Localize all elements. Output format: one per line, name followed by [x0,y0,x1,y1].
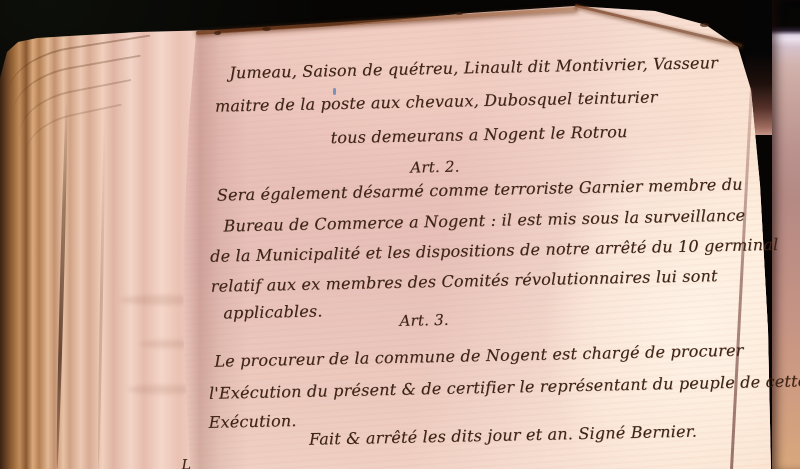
manuscript-photo-scene: Jumeau, Saison de quétreu, Linault dit M… [0,0,800,469]
manuscript-line-1: Jumeau, Saison de quétreu, Linault dit M… [229,53,718,82]
article-heading-3: Art. 3. [399,311,449,330]
manuscript-line-3: tous demeurans a Nogent le Rotrou [330,122,627,147]
manuscript-line-9: applicables. [223,301,323,322]
manuscript-line-6: Bureau de Commerce a Nogent : il est mis… [223,206,745,236]
dated-signature-line: Fait & arrêté les dits jour et an. Signé… [309,422,697,449]
cut-off-line-start: L [181,457,191,469]
manuscript-line-5: Sera également désarmé comme terroriste … [217,175,743,205]
manuscript-line-7: de la Municipalité et les dispositions d… [210,235,779,266]
manuscript-line-2: maitre de la poste aux chevaux, Dubosque… [215,87,658,115]
manuscript-line-11: Le procureur de la commune de Nogent est… [214,341,744,371]
article-heading-2: Art. 2. [410,158,460,177]
handwriting-layer: Jumeau, Saison de quétreu, Linault dit M… [0,0,800,469]
manuscript-line-13: Exécution. [208,411,296,432]
manuscript-line-8: relatif aux ex membres des Comités révol… [211,266,718,296]
manuscript-line-12: l'Exécution du présent & de certifier le… [209,371,800,403]
